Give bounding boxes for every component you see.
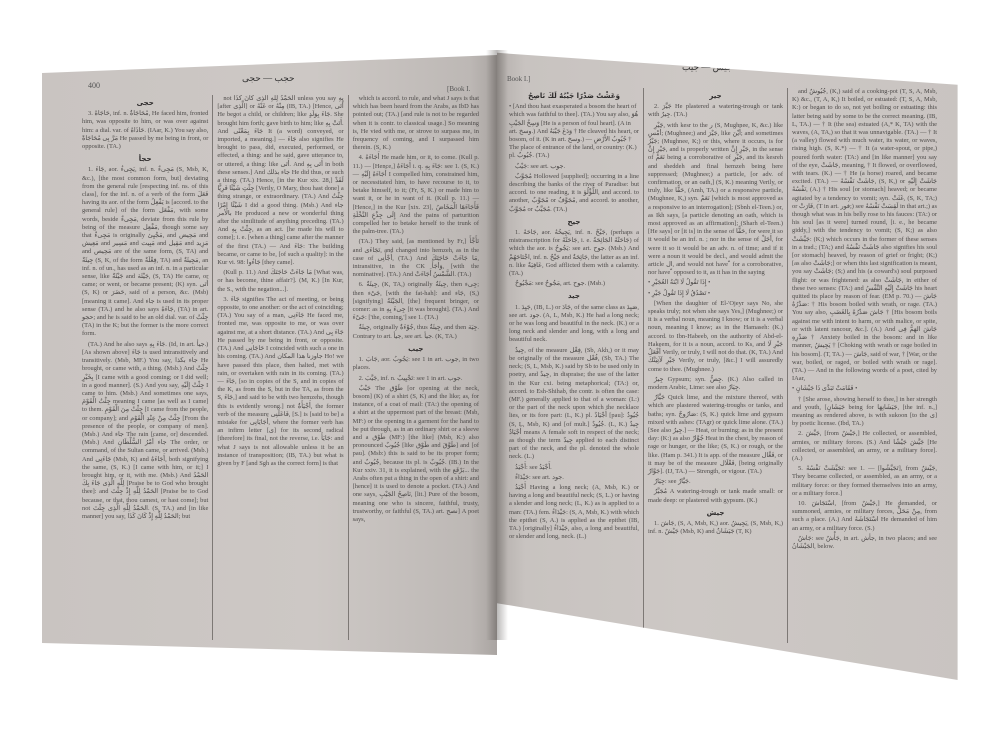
left-page-columns: حجى3. حَاجَاهُ, inf. n. مُحَاجَاةٌ, He f…: [78, 95, 483, 640]
entry-heading: جيد: [509, 292, 639, 300]
entry-paragraph: أَجْيَدُ Having a long neck; (A, Msb, K.…: [509, 484, 639, 541]
entry-heading: وَعَشْتُ صَدْرًا جَيْبُهُ لَكَ نَاصِحُ: [509, 92, 639, 100]
entry-paragraph: 2. جَيَّشَ, [from جَيْشٌ,] He collected,…: [792, 430, 937, 463]
book-gutter: [486, 50, 508, 640]
entry-paragraph: جَيْبٌ: see art. جوب.: [509, 163, 639, 171]
entry-heading: حجى: [82, 99, 208, 107]
entry-paragraph: 1. جَيِدَ, (IB, L.) or جَادَ, of the sam…: [509, 304, 639, 345]
entry-paragraph: 5. تَجَيَّشَتْ نَفْسُهُ: see 1. — [تَجَي…: [792, 465, 937, 498]
entry-heading: جيح: [509, 218, 639, 226]
entry-paragraph: مُجَوَّبٌ Hollowed [supplied]; occurring…: [509, 173, 639, 214]
entry-paragraph: (Kull p. 11.) And مَا جَاءَتْ حَاجَتَكَ …: [217, 269, 343, 294]
entry-paragraph: جَيَّارٌ Quick lime, and the mixture the…: [648, 394, 783, 476]
left-column-1: حجى3. حَاجَاهُ, inf. n. مُحَاجَاةٌ, He f…: [78, 95, 212, 640]
right-column-3: and جُيُوشٌ, (K,) said of a cooking-pot …: [787, 88, 941, 643]
entry-paragraph: and جُيُوشٌ, (K,) said of a cooking-pot …: [792, 88, 937, 383]
left-column-2: not الحَمْدُ لِلّٰهِ الَّذِى كَانَ كَذَا…: [212, 95, 347, 640]
entry-heading: جير: [648, 92, 783, 100]
entry-paragraph: مَجْيُوحٌ: see مَجُوحٌ, art. جوح. (Msb.): [509, 280, 639, 288]
right-page-columns: وَعَشْتُ صَدْرًا جَيْبُهُ لَكَ نَاصِحُ• …: [505, 88, 943, 643]
left-column-3: which is accord. to rule, and what J say…: [348, 95, 483, 640]
entry-paragraph: جِيَارٌ: see جَيَّارٌ.: [648, 478, 783, 486]
right-book-label: Book I.]: [507, 75, 530, 83]
entry-paragraph: جَيْبٌ The طَوْق [or opening at the neck…: [353, 385, 479, 524]
entry-paragraph: 1. جَابَ, aor. يَجُوبُ: see 1 in art. جو…: [353, 356, 479, 372]
entry-paragraph: جِيدٌ, of the measure فِعْل, (Sb, Akh,) …: [509, 347, 639, 462]
right-column-2: جير2. جَيَّرَ He plastered a watering-tr…: [643, 88, 787, 643]
entry-paragraph: (TA.) And he also says جَاءَ بِهِ. (Id, …: [82, 341, 208, 521]
entry-paragraph: 3. جَاءَ signifies The act of meeting, o…: [217, 296, 343, 468]
entry-paragraph: which is accord. to rule, and what J say…: [353, 95, 479, 152]
entry-paragraph: جَاشٌ: see جَأْشٌ, in art. جأش, in two p…: [792, 535, 937, 551]
entry-paragraph: • فَقَامَتْ تَبَدَّى ذَا جَيْشَانٍ •: [792, 385, 937, 393]
entry-paragraph: جِيئَةٌ, originally جُوْءَةٌ, thus جِيئَ…: [353, 324, 479, 340]
entry-paragraph: أَجْيَدُ: see أَجْيَدُ.: [509, 464, 639, 472]
entry-paragraph: † [She arose, showing herself to thee,] …: [792, 396, 937, 429]
entry-paragraph: • [And thou hast exasperated a bosom the…: [509, 103, 639, 160]
entry-paragraph: 10. اسْتَجَاشَ, [from جَيْشٌ,] He demand…: [792, 500, 937, 533]
entry-paragraph: 2. جَيَّرَ He plastered a watering-troug…: [648, 103, 783, 119]
entry-heading: جيش: [648, 509, 783, 517]
entry-paragraph: not الحَمْدُ لِلّٰهِ الَّذِى كَانَ كَذَا…: [217, 95, 343, 267]
entry-paragraph: 1. جَاءَ, aor. يَجِىءُ, inf. n. مَجِىءٌ …: [82, 166, 208, 338]
entry-paragraph: [When the daughter of El-'Ojeyr says No,…: [648, 300, 783, 374]
entry-paragraph: 6. جِيئَةٌ, (K, TA,) originally جِيئَةُ,…: [353, 281, 479, 322]
entry-heading: حجأ: [82, 155, 208, 163]
left-running-head: حجب — حجى: [242, 73, 295, 84]
entry-paragraph: جَيْرِ, with kesr to the ر (S, Mughnee, …: [648, 122, 783, 278]
entry-paragraph: 4. أَجَاءَهُ He made him, or it, to come…: [353, 154, 479, 236]
entry-paragraph: جَيْدَاءُ: see art. جود.: [509, 474, 639, 482]
entry-paragraph: 1. جَاحَهُ, aor. يَجِيحُهُ, inf. n. جَيْ…: [509, 229, 639, 278]
left-page: 400 حجب — حجى [Book I. حجى3. حَاجَاهُ, i…: [42, 55, 497, 655]
entry-paragraph: 3. حَاجَاهُ, inf. n. مُحَاجَاةٌ, He face…: [82, 110, 208, 151]
right-page: Book I.] جيش — جيب 403 وَعَشْتُ صَدْرًا …: [497, 40, 967, 680]
open-book: 400 حجب — حجى [Book I. حجى3. حَاجَاهُ, i…: [0, 0, 1000, 750]
entry-paragraph: • إِذَا تَقُولُ لَا ابْنَةُ العُجَيْرِ •: [648, 279, 783, 287]
left-book-label: [Book I.: [447, 85, 470, 93]
entry-paragraph: 2. جَيَّبَ, inf. n. تَجْيِيبٌ: see 1 in …: [353, 375, 479, 383]
entry-paragraph: (TA.) They said, [as mentioned by Fr,] ت…: [353, 238, 479, 279]
right-running-head: جيش — جيب: [682, 62, 732, 73]
entry-paragraph: • تَصْدُقُ لَا إِذَا تَقُولُ جَيْرِ •: [648, 290, 783, 298]
entry-paragraph: 1. جَاشَ, (S, A, Msb, K,) aor. يَجِيشُ, …: [648, 520, 783, 536]
right-column-1: وَعَشْتُ صَدْرًا جَيْبُهُ لَكَ نَاصِحُ• …: [505, 88, 643, 643]
entry-paragraph: مُجَيَّرٌ A watering-trough or tank made…: [648, 488, 783, 504]
right-page-number: 403: [915, 72, 927, 81]
left-page-number: 400: [88, 81, 100, 90]
entry-paragraph: جِيرٌ Gypsum; syn. جِصٌّ. (K.) Also call…: [648, 376, 783, 392]
entry-heading: جيب: [353, 345, 479, 353]
